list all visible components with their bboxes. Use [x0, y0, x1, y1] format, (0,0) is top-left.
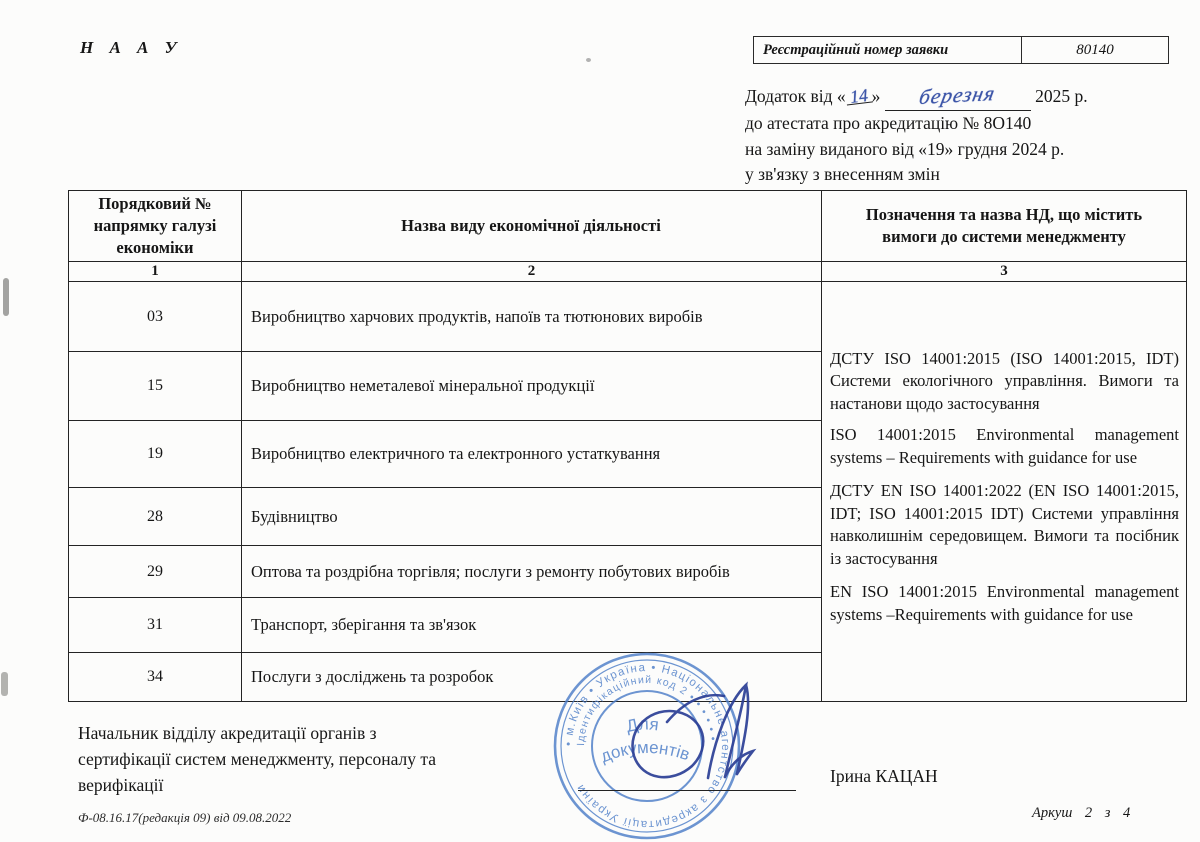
form-code: Ф-08.16.17(редакція 09) від 09.08.2022	[78, 810, 291, 826]
header-col-activity: Назва виду економічної діяльності	[242, 191, 822, 262]
registration-number-box: Реєстраційний номер заявки 80140	[753, 36, 1169, 64]
scan-speck	[586, 58, 591, 62]
row-activity: Виробництво харчових продуктів, напоїв т…	[242, 282, 822, 352]
officer-position: Начальник відділу акредитації органів з …	[78, 720, 456, 798]
handwritten-day: 14	[845, 87, 873, 105]
nd-paragraph: ДСТУ ISO 14001:2015 (ISO 14001:2015, IDT…	[830, 348, 1179, 416]
scan-edge-mark	[3, 278, 9, 316]
registration-number-value: 80140	[1022, 37, 1168, 63]
handwritten-signature	[612, 680, 792, 798]
signer-name: Ірина КАЦАН	[830, 766, 938, 787]
header-col-order-number: Порядковий № напрямку галузі економіки	[69, 191, 242, 262]
header-col-nd: Позначення та назва НД, що містить вимог…	[822, 191, 1187, 262]
nd-paragraph: ISO 14001:2015 Environmental management …	[830, 424, 1179, 469]
row-activity: Виробництво електричного та електронного…	[242, 421, 822, 488]
row-code: 34	[69, 653, 242, 702]
annex-date-prefix: Додаток від «	[745, 86, 846, 106]
signature-graphic	[612, 680, 792, 798]
col-num-2: 2	[242, 262, 822, 282]
nd-paragraph: ДСТУ EN ISO 14001:2022 (EN ISO 14001:201…	[830, 480, 1179, 570]
row-activity: Оптова та роздрібна торгівля; послуги з …	[242, 546, 822, 598]
sheet-number: Аркуш 2 з 4	[1032, 805, 1130, 822]
handwritten-month-blank: березня	[885, 84, 1031, 111]
nd-standards-cell: ДСТУ ISO 14001:2015 (ISO 14001:2015, IDT…	[822, 282, 1187, 702]
handwritten-month: березня	[919, 86, 997, 104]
annex-line-date: Додаток від «14» березня 2025 р.	[745, 84, 1175, 111]
row-activity: Виробництво неметалевої мінеральної прод…	[242, 352, 822, 421]
column-numbers-row: 1 2 3	[69, 262, 1187, 282]
row-code: 03	[69, 282, 242, 352]
row-code: 15	[69, 352, 242, 421]
annex-date-quote: »	[872, 86, 881, 106]
annex-date-year: 2025 р.	[1035, 86, 1088, 106]
nd-paragraph: EN ISO 14001:2015 Environmental manageme…	[830, 581, 1179, 626]
col-num-3: 3	[822, 262, 1187, 282]
row-code: 31	[69, 598, 242, 653]
row-code: 28	[69, 488, 242, 546]
row-activity: Будівництво	[242, 488, 822, 546]
col-num-1: 1	[69, 262, 242, 282]
annex-line-replacement: на заміну виданого від «19» грудня 2024 …	[745, 137, 1175, 163]
scan-edge-mark	[1, 672, 8, 696]
org-abbreviation: Н А А У	[80, 38, 182, 58]
annex-line-reason: у зв'язку з внесенням змін	[745, 162, 1175, 188]
activities-table: Порядковий № напрямку галузі економіки Н…	[68, 190, 1187, 702]
row-code: 19	[69, 421, 242, 488]
table-header-row: Порядковий № напрямку галузі економіки Н…	[69, 191, 1187, 262]
row-activity: Транспорт, зберігання та зв'язок	[242, 598, 822, 653]
registration-number-label: Реєстраційний номер заявки	[754, 37, 1022, 63]
signature-line	[578, 790, 796, 791]
annex-line-attestation: до атестата про акредитацію № 8О140	[745, 111, 1175, 137]
annex-intro: Додаток від «14» березня 2025 р. до атес…	[745, 84, 1175, 188]
row-code: 29	[69, 546, 242, 598]
table-row: 03 Виробництво харчових продуктів, напої…	[69, 282, 1187, 352]
